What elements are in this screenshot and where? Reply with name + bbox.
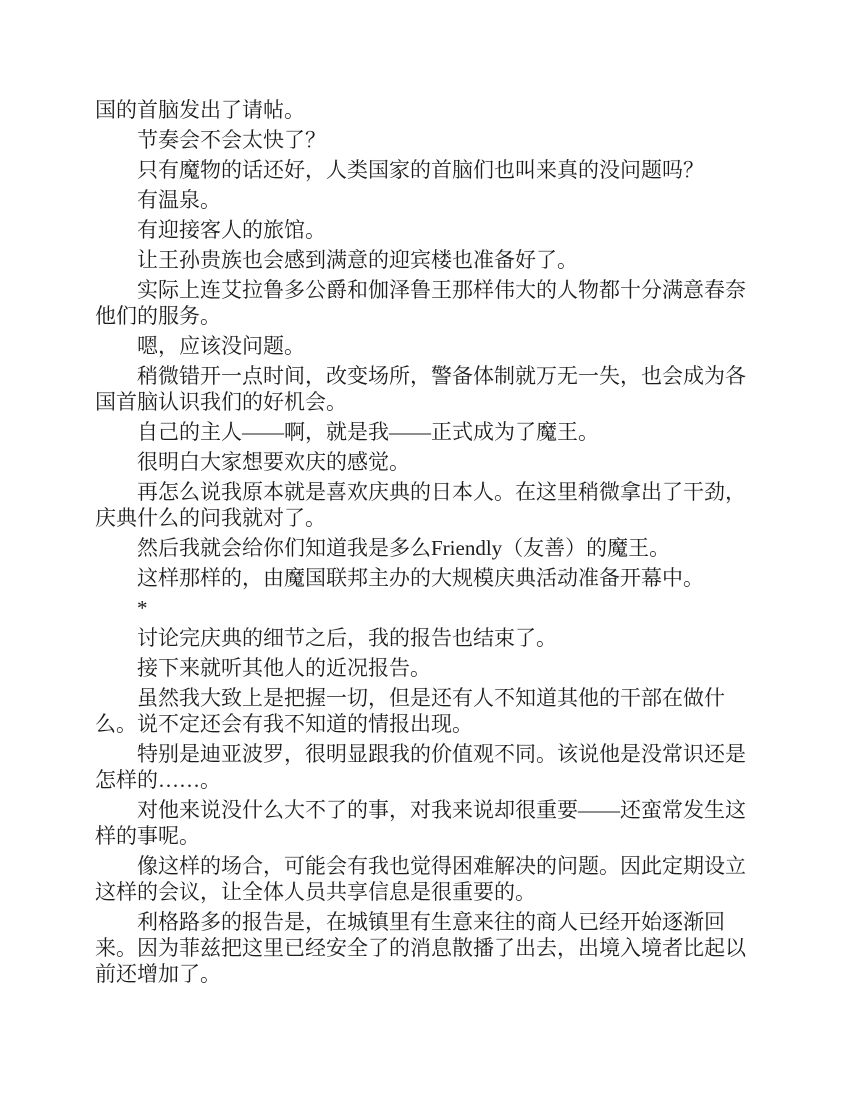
text-line: 实际上连艾拉鲁多公爵和伽泽鲁王那样伟大的人物都十分满意春奈 (95, 277, 755, 303)
text-line: 节奏会不会太快了？ (95, 127, 755, 153)
paragraph: 让王孙贵族也会感到满意的迎宾楼也准备好了。 (95, 247, 755, 273)
text-line: 讨论完庆典的细节之后，我的报告也结束了。 (95, 625, 755, 651)
paragraph: 只有魔物的话还好，人类国家的首脑们也叫来真的没问题吗？ (95, 157, 755, 183)
paragraph: 自己的主人——啊，就是我——正式成为了魔王。 (95, 419, 755, 445)
paragraph: 特别是迪亚波罗，很明显跟我的价值观不同。该说他是没常识还是怎样的……。 (95, 741, 755, 793)
paragraph: 很明白大家想要欢庆的感觉。 (95, 449, 755, 475)
page-content: 国的首脑发出了请帖。节奏会不会太快了？只有魔物的话还好，人类国家的首脑们也叫来真… (95, 97, 755, 991)
paragraph: 利格路多的报告是，在城镇里有生意来往的商人已经开始逐渐回来。因为菲兹把这里已经安… (95, 909, 755, 987)
paragraph: 有迎接客人的旅馆。 (95, 217, 755, 243)
text-line: 像这样的场合，可能会有我也觉得困难解决的问题。因此定期设立 (95, 853, 755, 879)
text-line: 然后我就会给你们知道我是多么Friendly（友善）的魔王。 (95, 535, 755, 561)
paragraph: 实际上连艾拉鲁多公爵和伽泽鲁王那样伟大的人物都十分满意春奈他们的服务。 (95, 277, 755, 329)
text-line: 国首脑认识我们的好机会。 (95, 389, 755, 415)
text-line: 庆典什么的问我就对了。 (95, 505, 755, 531)
paragraph: 稍微错开一点时间，改变场所，警备体制就万无一失，也会成为各国首脑认识我们的好机会… (95, 363, 755, 415)
text-line: * (95, 595, 755, 621)
text-line: 很明白大家想要欢庆的感觉。 (95, 449, 755, 475)
text-line: 有迎接客人的旅馆。 (95, 217, 755, 243)
document-page: 国的首脑发出了请帖。节奏会不会太快了？只有魔物的话还好，人类国家的首脑们也叫来真… (0, 0, 850, 1100)
text-line: 国的首脑发出了请帖。 (95, 97, 755, 123)
text-line: 再怎么说我原本就是喜欢庆典的日本人。在这里稍微拿出了干劲， (95, 479, 755, 505)
text-line: 对他来说没什么大不了的事，对我来说却很重要——还蛮常发生这 (95, 797, 755, 823)
paragraph: 然后我就会给你们知道我是多么Friendly（友善）的魔王。 (95, 535, 755, 561)
text-line: 这样那样的，由魔国联邦主办的大规模庆典活动准备开幕中。 (95, 565, 755, 591)
text-line: 自己的主人——啊，就是我——正式成为了魔王。 (95, 419, 755, 445)
text-line: 他们的服务。 (95, 303, 755, 329)
paragraph: 再怎么说我原本就是喜欢庆典的日本人。在这里稍微拿出了干劲，庆典什么的问我就对了。 (95, 479, 755, 531)
text-line: 接下来就听其他人的近况报告。 (95, 655, 755, 681)
paragraph: 对他来说没什么大不了的事，对我来说却很重要——还蛮常发生这样的事呢。 (95, 797, 755, 849)
text-line: 利格路多的报告是，在城镇里有生意来往的商人已经开始逐渐回 (95, 909, 755, 935)
text-line: 嗯，应该没问题。 (95, 333, 755, 359)
text-line: 怎样的……。 (95, 767, 755, 793)
paragraph: 国的首脑发出了请帖。 (95, 97, 755, 123)
text-line: 这样的会议，让全体人员共享信息是很重要的。 (95, 879, 755, 905)
text-line: 么。说不定还会有我不知道的情报出现。 (95, 711, 755, 737)
paragraph: 像这样的场合，可能会有我也觉得困难解决的问题。因此定期设立这样的会议，让全体人员… (95, 853, 755, 905)
text-line: 稍微错开一点时间，改变场所，警备体制就万无一失，也会成为各 (95, 363, 755, 389)
text-line: 来。因为菲兹把这里已经安全了的消息散播了出去，出境入境者比起以 (95, 935, 755, 961)
paragraph: 这样那样的，由魔国联邦主办的大规模庆典活动准备开幕中。 (95, 565, 755, 591)
text-line: 特别是迪亚波罗，很明显跟我的价值观不同。该说他是没常识还是 (95, 741, 755, 767)
text-line: 让王孙贵族也会感到满意的迎宾楼也准备好了。 (95, 247, 755, 273)
paragraph: 节奏会不会太快了？ (95, 127, 755, 153)
text-line: 前还增加了。 (95, 961, 755, 987)
paragraph: 虽然我大致上是把握一切，但是还有人不知道其他的干部在做什么。说不定还会有我不知道… (95, 685, 755, 737)
paragraph: 接下来就听其他人的近况报告。 (95, 655, 755, 681)
paragraph: 讨论完庆典的细节之后，我的报告也结束了。 (95, 625, 755, 651)
paragraph: 嗯，应该没问题。 (95, 333, 755, 359)
text-line: 样的事呢。 (95, 823, 755, 849)
paragraph: * (95, 595, 755, 621)
text-line: 虽然我大致上是把握一切，但是还有人不知道其他的干部在做什 (95, 685, 755, 711)
text-line: 有温泉。 (95, 187, 755, 213)
paragraph: 有温泉。 (95, 187, 755, 213)
text-line: 只有魔物的话还好，人类国家的首脑们也叫来真的没问题吗？ (95, 157, 755, 183)
